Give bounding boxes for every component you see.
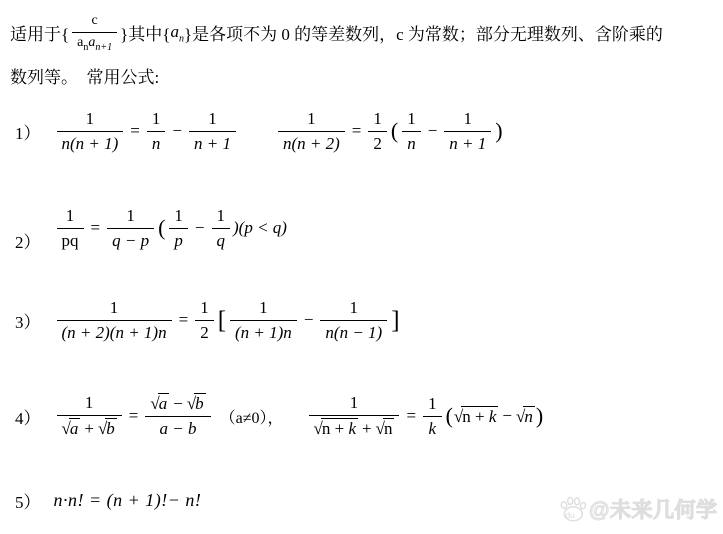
svg-text:du: du [565, 510, 575, 520]
fraction: 1 2 [368, 109, 387, 153]
formula-1: 1） 1 n(n + 1) = 1 n − 1 n + 1 1 n(n + 2)… [15, 103, 504, 159]
equals-sign: = [129, 406, 139, 426]
close-bracket: ] [391, 308, 399, 333]
intro-line-1: 适用于{ c anan+1 }其中{ an }是各项不为 0 的等差数列，c 为… [10, 4, 663, 60]
sqrt: √b [98, 418, 117, 438]
fraction: 1 n [147, 109, 166, 153]
open-paren: ( [391, 120, 398, 142]
minus-sign: − [428, 121, 438, 141]
close-paren: ) [495, 120, 502, 142]
formula-2: 2） 1 pq = 1 q − p ( 1 p − 1 q )(p < q) [15, 200, 287, 256]
fraction: 1 √n + k+√n [309, 393, 400, 438]
plus-sign: + [84, 419, 94, 438]
open-bracket: [ [218, 308, 226, 333]
header-fraction: c anan+1 [72, 13, 117, 50]
fraction: 1 q − p [107, 206, 154, 250]
watermark: du @未来几何学 [559, 494, 717, 524]
condition-text: )(p < q) [233, 218, 287, 238]
formula-1-label: 1） [15, 119, 41, 144]
fraction: 1 2 [195, 298, 214, 342]
plus-sign: + [362, 419, 372, 438]
fraction: 1 k [423, 394, 442, 438]
condition-text: （a≠0）， [220, 405, 284, 428]
header-fraction-numerator: c [72, 13, 117, 31]
sequence-term: an [170, 22, 184, 42]
sqrt: √b [187, 393, 206, 413]
formula-5-label: 5） [15, 488, 41, 513]
fraction: 1 √a+√b [57, 393, 122, 438]
equals-sign: = [130, 121, 140, 141]
fraction: 1 q [212, 206, 231, 250]
fraction: 1 n + 1 [444, 109, 491, 153]
sqrt: √n [376, 418, 395, 438]
fraction: 1 n(n + 2) [278, 109, 345, 153]
formula-4-label: 4） [15, 404, 41, 429]
gap [239, 131, 275, 132]
formula-5: 5） n·n! = (n + 1)!− n! [15, 485, 201, 515]
sqrt: √n + k [314, 418, 358, 438]
minus-sign: − [195, 218, 205, 238]
minus-sign: − [304, 310, 314, 330]
header-fraction-denominator: anan+1 [72, 32, 117, 51]
fraction: 1 n [402, 109, 421, 153]
minus-sign: − [502, 406, 512, 426]
formula-2-label: 2） [15, 228, 41, 256]
close-paren: ) [536, 405, 543, 427]
fraction: 1 (n + 2)(n + 1)n [57, 298, 172, 342]
sqrt: √n + k [454, 406, 498, 426]
factorial-identity: n·n! = (n + 1)!− n! [54, 490, 202, 511]
fraction: 1 n(n + 1) [57, 109, 124, 153]
sqrt: √n [516, 406, 535, 426]
sqrt: √a [150, 393, 169, 413]
fraction: 1 (n + 1)n [230, 298, 297, 342]
equals-sign: = [352, 121, 362, 141]
minus-sign: − [173, 394, 183, 413]
watermark-text: @未来几何学 [589, 494, 717, 524]
fraction: √a−√b a − b [145, 393, 210, 438]
document-page: 适用于{ c anan+1 }其中{ an }是各项不为 0 的等差数列，c 为… [0, 0, 723, 534]
intro-mid: }其中{ [120, 20, 170, 45]
fraction: 1 p [169, 206, 188, 250]
sqrt: √a [62, 418, 81, 438]
formula-3-label: 3） [15, 308, 41, 333]
baidu-paw-icon: du [559, 496, 587, 522]
equals-sign: = [406, 406, 416, 426]
equals-sign: = [179, 310, 189, 330]
intro-rest: }是各项不为 0 的等差数列，c 为常数；部分无理数列、含阶乘的 [184, 20, 663, 45]
fraction: 1 n + 1 [189, 109, 236, 153]
equals-sign: = [91, 218, 101, 238]
intro-line-2: 数列等。 常用公式: [10, 63, 159, 88]
formula-4: 4） 1 √a+√b = √a−√b a − b （a≠0）， 1 √n + k… [15, 387, 544, 445]
minus-sign: − [172, 121, 182, 141]
fraction: 1 pq [57, 206, 84, 250]
open-paren: ( [158, 217, 165, 239]
fraction: 1 n(n − 1) [320, 298, 387, 342]
formula-3: 3） 1 (n + 2)(n + 1)n = 1 2 [ 1 (n + 1)n … [15, 292, 401, 348]
intro-prefix: 适用于{ [10, 20, 69, 45]
open-paren: ( [446, 405, 453, 427]
gap [284, 416, 306, 417]
